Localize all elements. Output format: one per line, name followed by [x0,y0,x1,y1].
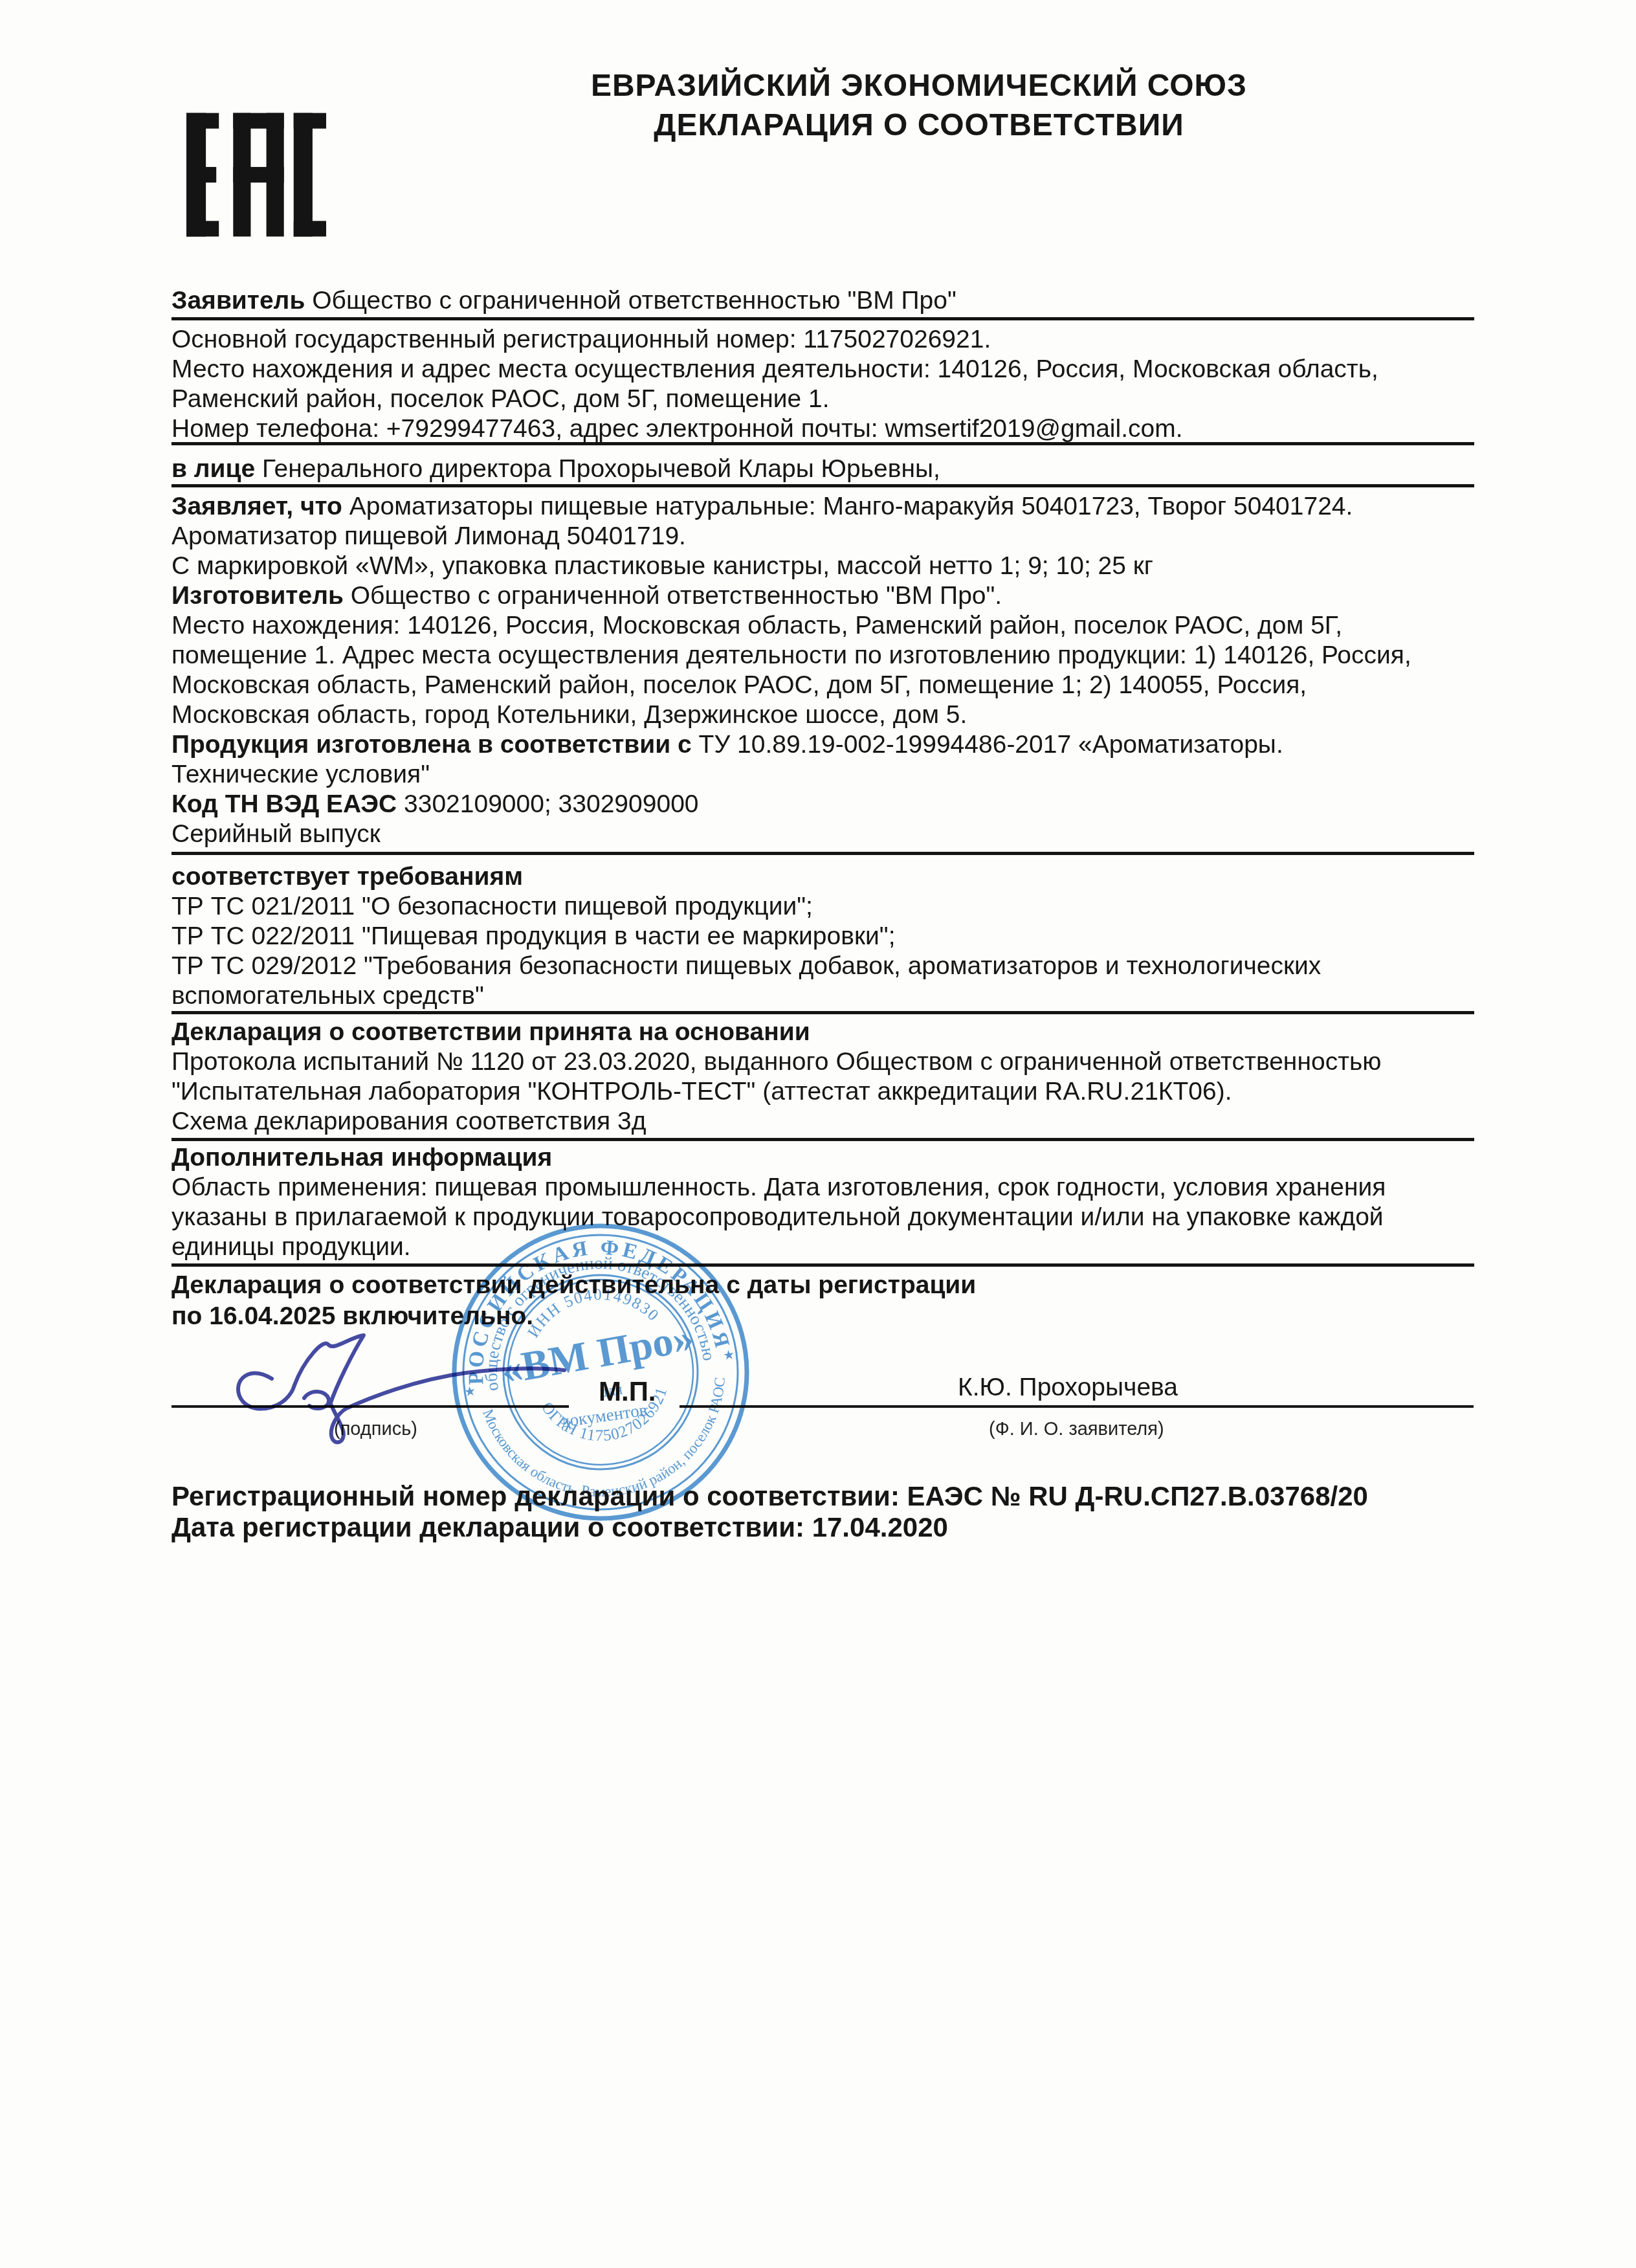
applicant-name: К.Ю. Прохорычева [958,1373,1178,1402]
divider-rule [171,852,1474,855]
tu-line: Продукция изготовлена в соответствии с Т… [171,730,1411,760]
manufacturer-address-3: Московская область, Раменский район, пос… [171,671,1411,700]
tr-ts-022: ТР ТС 022/2011 "Пищевая продукция в част… [171,922,1321,951]
declaration-body: Заявляет, что Ароматизаторы пищевые нату… [171,492,1411,849]
title-declaration: ДЕКЛАРАЦИЯ О СООТВЕТСТВИИ [531,106,1307,145]
stamp-star-right: ★ [722,1348,736,1363]
declarant-value: Общество с ограниченной ответственностью… [305,287,956,315]
ogrn-line: Основной государственный регистрационный… [171,325,1378,355]
manufacturer-address-2: помещение 1. Адрес места осуществления д… [171,641,1411,671]
manufacturer-address-4: Московская область, город Котельники, Дз… [171,700,1411,730]
divider-rule [171,442,1474,445]
eac-logo [186,111,326,238]
document-title: ЕВРАЗИЙСКИЙ ЭКОНОМИЧЕСКИЙ СОЮЗ ДЕКЛАРАЦИ… [531,66,1307,145]
manufacturer-address-1: Место нахождения: 140126, Россия, Москов… [171,611,1411,641]
additional-info-section: Дополнительная информация Область примен… [171,1143,1386,1262]
serial-line: Серийный выпуск [171,819,1411,849]
declares-line: Заявляет, что Ароматизаторы пищевые нату… [171,492,1411,522]
scheme-line: Схема декларирования соответствия 3д [171,1107,1382,1137]
manufacturer-line: Изготовитель Общество с ограниченной отв… [171,581,1411,611]
divider-rule [171,1138,1474,1141]
test-lab-line: "Испытательная лаборатория "КОНТРОЛЬ-ТЕС… [171,1077,1382,1107]
tr-ts-029-cont: вспомогательных средств" [171,981,1321,1011]
divider-rule [171,484,1474,487]
product-line: Ароматизатор пищевой Лимонад 50401719. [171,522,1411,551]
document-page: ЕВРАЗИЙСКИЙ ЭКОНОМИЧЕСКИЙ СОЮЗ ДЕКЛАРАЦИ… [0,0,1636,2268]
basis-heading: Декларация о соответствии принята на осн… [171,1017,1382,1047]
registration-section: Регистрационный номер декларации о соотв… [171,1481,1368,1543]
additional-info-heading: Дополнительная информация [171,1143,1386,1173]
test-protocol-line: Протокола испытаний № 1120 от 23.03.2020… [171,1047,1382,1077]
scope-line-2: указаны в прилагаемой к продукции товаро… [171,1203,1386,1232]
applicant-name-line [680,1405,1474,1408]
tnved-line: Код ТН ВЭД ЕАЭС 3302109000; 3302909000 [171,790,1411,819]
declarant-line: Заявитель Общество с ограниченной ответс… [171,286,956,316]
divider-rule [171,1263,1474,1267]
divider-rule [171,317,1474,320]
registration-date-line: Дата регистрации декларации о соответств… [171,1512,1368,1543]
declarant-label: Заявитель [171,287,305,315]
title-union: ЕВРАЗИЙСКИЙ ЭКОНОМИЧЕСКИЙ СОЮЗ [531,66,1307,106]
registration-number-line: Регистрационный номер декларации о соотв… [171,1481,1368,1512]
applicant-caption: (Ф. И. О. заявителя) [989,1419,1164,1440]
requirements-section: соответствует требованиям ТР ТС 021/2011… [171,862,1321,1011]
divider-rule [171,1011,1474,1014]
scope-line-1: Область применения: пищевая промышленнос… [171,1173,1386,1203]
tu-line-2: Технические условия" [171,760,1411,790]
represented-by-line: в лице Генерального директора Прохорычев… [171,454,940,484]
marking-line: С маркировкой «WM», упаковка пластиковые… [171,551,1411,581]
address-line-1: Место нахождения и адрес места осуществл… [171,355,1378,384]
scope-line-3: единицы продукции. [171,1232,1386,1262]
phone-email-line: Номер телефона: +79299477463, адрес элек… [171,414,1378,444]
represented-by-label: в лице [171,455,255,483]
basis-section: Декларация о соответствии принята на осн… [171,1017,1382,1137]
requirements-heading: соответствует требованиям [171,862,1321,892]
represented-by-value: Генерального директора Прохорычевой Клар… [255,455,940,483]
tr-ts-029: ТР ТС 029/2012 "Требования безопасности … [171,951,1321,981]
eac-logo-glyphs [186,113,326,237]
declarant-details: Основной государственный регистрационный… [171,325,1378,444]
address-line-2: Раменский район, поселок РАОС, дом 5Г, п… [171,384,1378,414]
tr-ts-021: ТР ТС 021/2011 "О безопасности пищевой п… [171,892,1321,922]
